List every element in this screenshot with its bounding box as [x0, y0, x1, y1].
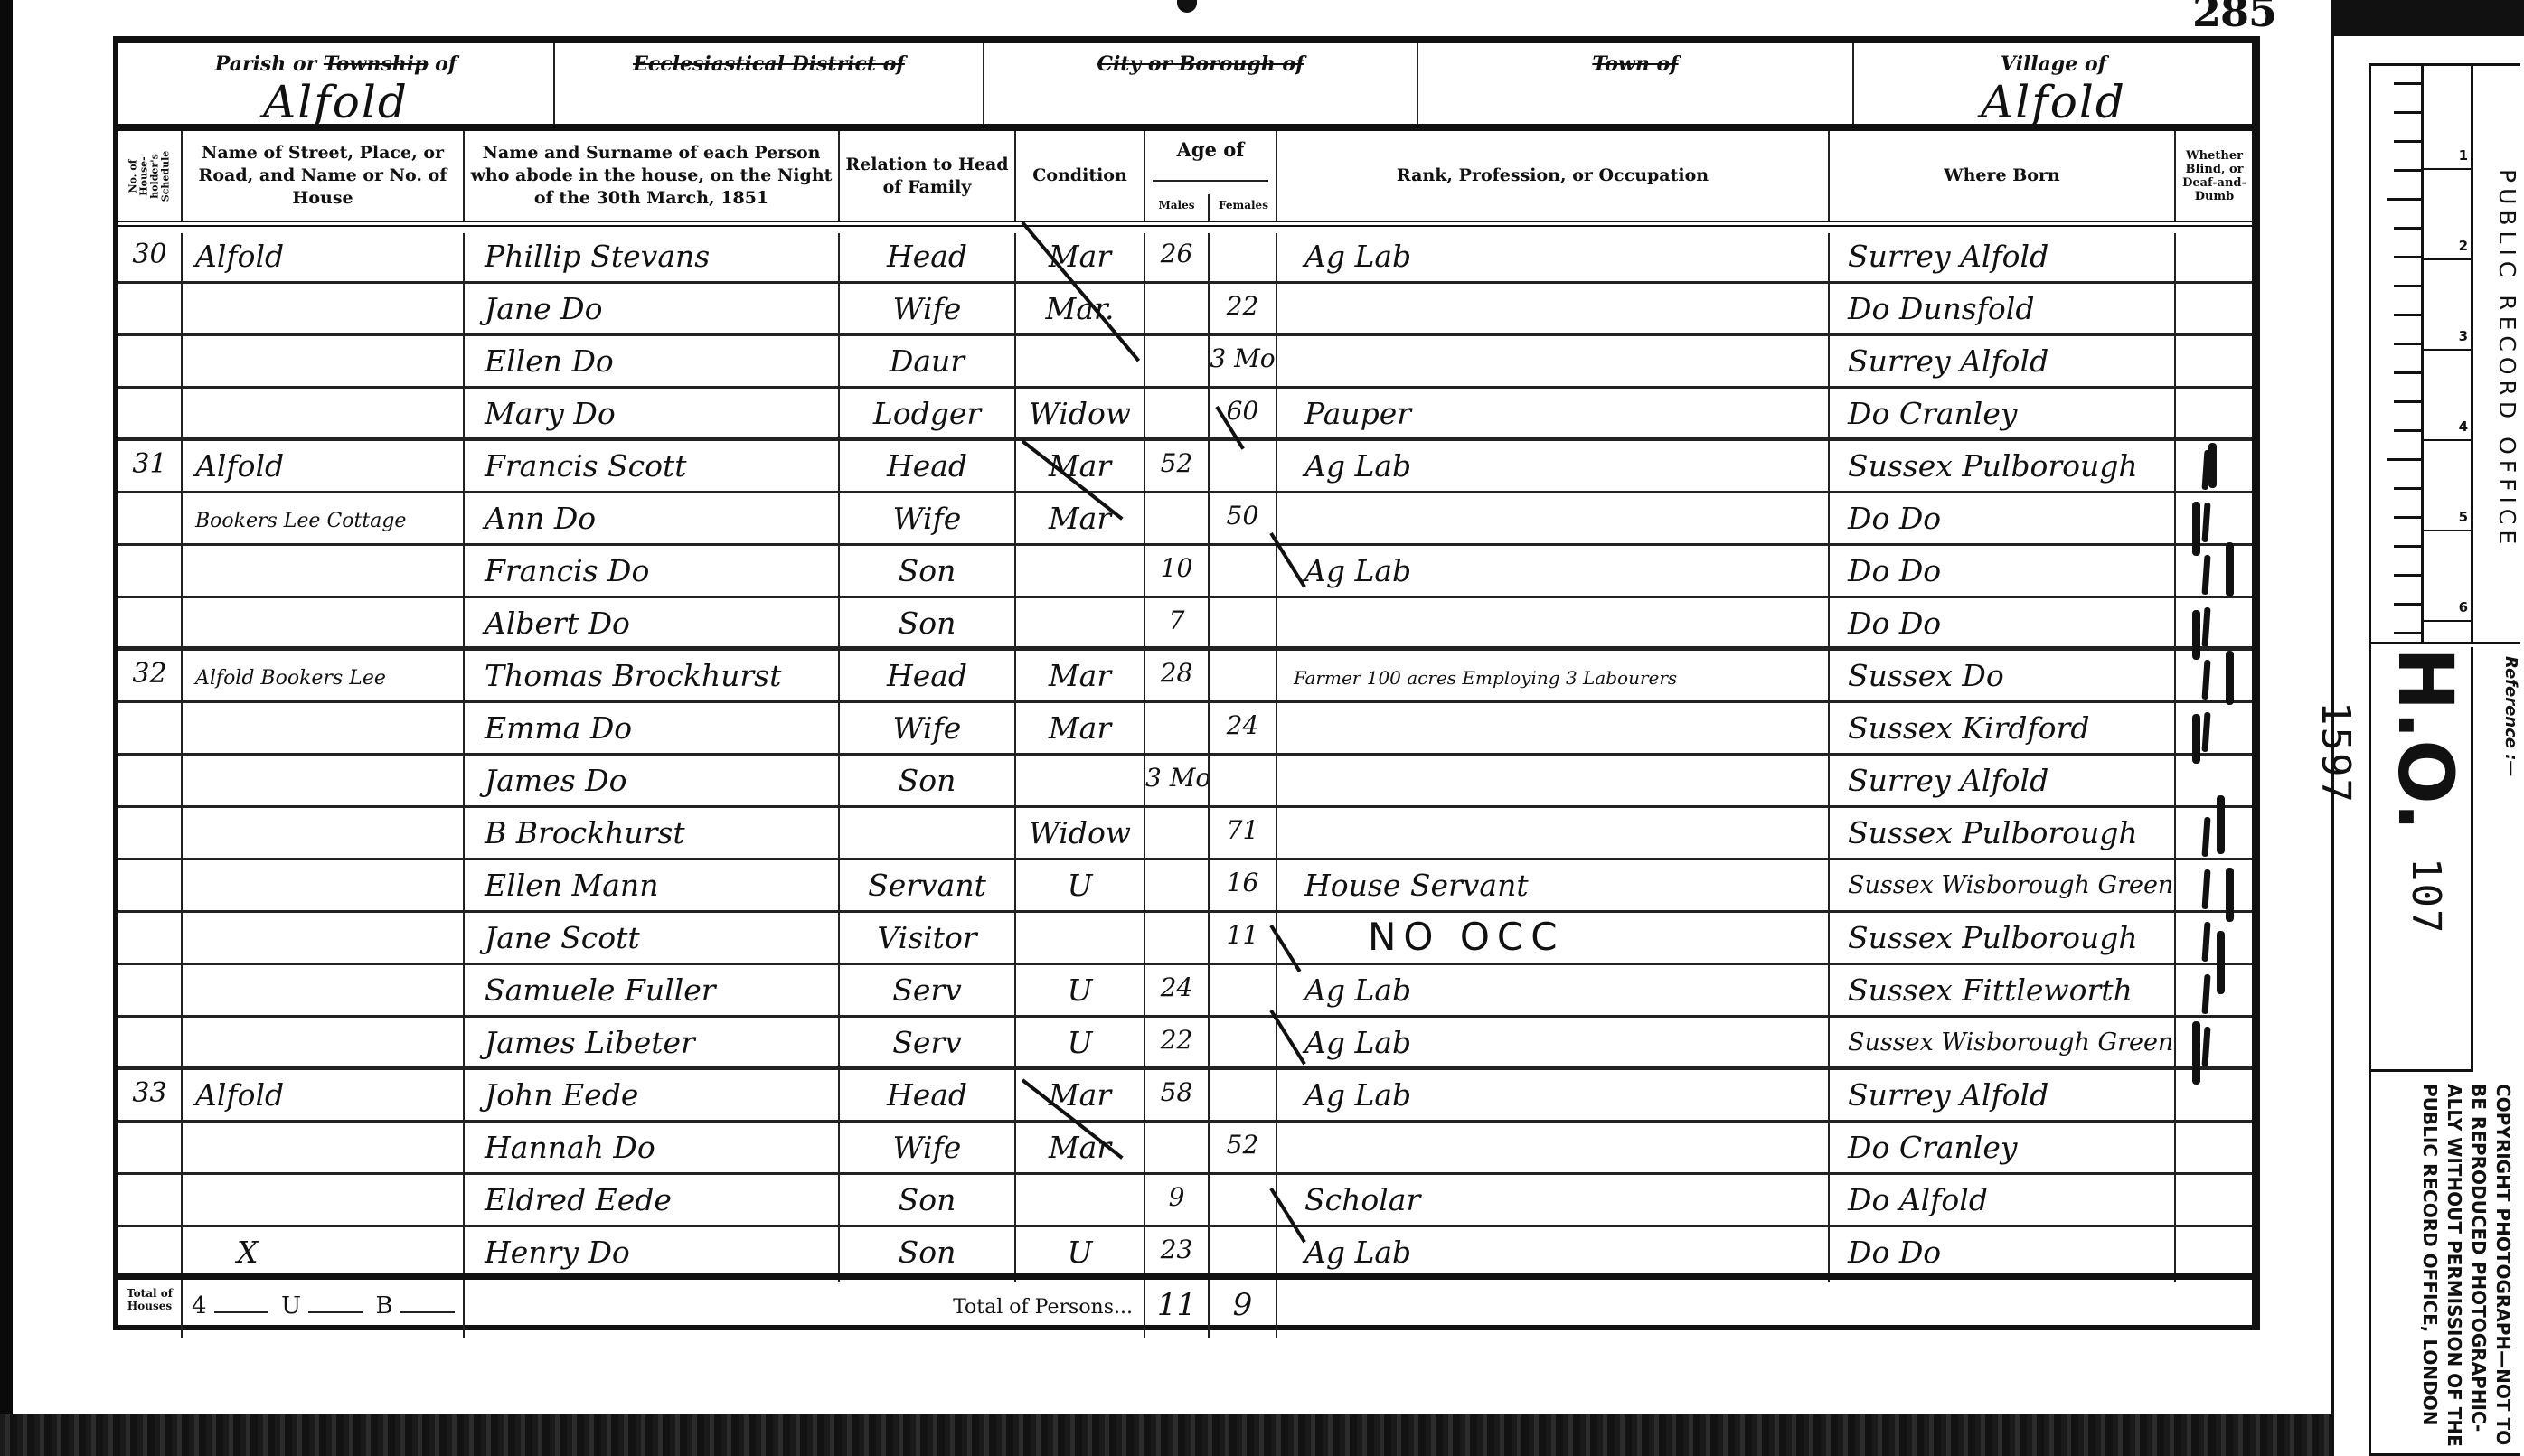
relation: Lodger — [840, 390, 1016, 443]
ruler-tick — [2394, 314, 2421, 316]
table-row: Samuele Fuller Serv U 24 Ag Lab Sussex F… — [118, 967, 2252, 1019]
schedule-no — [118, 862, 183, 915]
column-header-row: No. of House- holder's Schedule Name of … — [118, 131, 2252, 227]
binding-hole — [1177, 0, 1197, 13]
female-age — [1210, 653, 1277, 705]
street — [183, 390, 465, 443]
occupation — [1277, 338, 1830, 390]
street: Alfold — [183, 1072, 465, 1124]
occupation — [1277, 757, 1830, 810]
where-born: Surrey Alfold — [1830, 1072, 2176, 1124]
street — [183, 1019, 465, 1072]
schedule-no — [118, 810, 183, 862]
pro-label-box: 1 2 3 4 5 6 PUBLIC RECORD OFFICE Referen… — [2369, 63, 2520, 1456]
margin-mark — [2192, 714, 2200, 764]
occupation — [1277, 705, 1830, 757]
occupation: Pauper — [1277, 390, 1830, 443]
scan-left-edge — [0, 0, 13, 1456]
female-age: 3 Mo — [1210, 338, 1277, 390]
margin-mark — [2217, 795, 2225, 854]
street — [183, 757, 465, 810]
relation: Head — [840, 653, 1016, 705]
relation: Wife — [840, 286, 1016, 338]
street — [183, 810, 465, 862]
blind-deaf — [2176, 548, 2253, 600]
ruler-tick — [2394, 603, 2421, 606]
schedule-no — [118, 915, 183, 967]
ruler-tick — [2394, 516, 2421, 519]
female-age: 24 — [1210, 705, 1277, 757]
blind-deaf — [2176, 862, 2253, 915]
male-age — [1145, 810, 1210, 862]
female-age — [1210, 757, 1277, 810]
occupation: House Servant — [1277, 862, 1830, 915]
where-born: Sussex Pulborough — [1830, 915, 2176, 967]
female-age — [1210, 600, 1277, 653]
district-header-row: Parish or Township of Alfold Ecclesiasti… — [118, 43, 2252, 131]
condition — [1016, 1177, 1145, 1229]
table-row: Ellen Mann Servant U 16 House Servant Su… — [118, 862, 2252, 915]
ruler-tick — [2394, 227, 2421, 230]
male-age: 9 — [1145, 1177, 1210, 1229]
condition — [1016, 600, 1145, 653]
schedule-no — [118, 600, 183, 653]
blind-deaf — [2176, 390, 2253, 443]
relation: Servant — [840, 862, 1016, 915]
street: Alfold — [183, 443, 465, 495]
female-age: 11 — [1210, 915, 1277, 967]
blind-deaf — [2176, 1019, 2253, 1072]
cm-mark: 2 — [2424, 170, 2473, 260]
female-age: 71 — [1210, 810, 1277, 862]
schedule-no: 32 — [118, 653, 183, 705]
reference-series: H.O. — [2381, 647, 2470, 831]
person-name: Samuele Fuller — [465, 967, 840, 1019]
ruler-tick — [2387, 198, 2421, 201]
census-form: Parish or Township of Alfold Ecclesiasti… — [113, 36, 2260, 1330]
where-born: Surrey Alfold — [1830, 233, 2176, 286]
male-age: 10 — [1145, 548, 1210, 600]
ruler-tick — [2394, 169, 2421, 172]
male-age: 52 — [1145, 443, 1210, 495]
relation: Wife — [840, 705, 1016, 757]
table-row: Ellen Do Daur 3 Mo Surrey Alfold — [118, 338, 2252, 390]
ruler-tick — [2394, 111, 2421, 114]
margin-mark — [2192, 502, 2200, 556]
condition: U — [1016, 967, 1145, 1019]
street: Alfold — [183, 233, 465, 286]
female-age: 16 — [1210, 862, 1277, 915]
condition: Widow — [1016, 810, 1145, 862]
village-cell: Village of Alfold — [1854, 43, 2253, 124]
age-divider — [1153, 180, 1268, 182]
female-age: 60 — [1210, 390, 1277, 443]
blind-deaf — [2176, 1124, 2253, 1177]
check-mark — [2201, 922, 2210, 962]
male-age — [1145, 1124, 1210, 1177]
village-label: Village of — [1854, 52, 2253, 76]
table-row: Albert Do Son 7 Do Do — [118, 600, 2252, 653]
female-age: 52 — [1210, 1124, 1277, 1177]
relation: Visitor — [840, 915, 1016, 967]
check-mark — [2201, 712, 2210, 752]
total-males: 11 — [1145, 1280, 1210, 1338]
city-label: City or Borough of — [984, 52, 1417, 76]
schedule-no — [118, 705, 183, 757]
person-name: James Libeter — [465, 1019, 840, 1072]
street — [183, 338, 465, 390]
where-born: Sussex Wisborough Green — [1830, 862, 2176, 915]
condition: U — [1016, 1019, 1145, 1072]
check-mark — [2201, 974, 2210, 1014]
female-age — [1210, 548, 1277, 600]
city-cell: City or Borough of — [984, 43, 1418, 124]
schedule-no — [118, 390, 183, 443]
totals-row: Total of Houses 4 U B Total of Persons..… — [118, 1273, 2252, 1330]
where-born: Sussex Wisborough Green — [1830, 1019, 2176, 1072]
person-name: B Brockhurst — [465, 810, 840, 862]
street — [183, 1177, 465, 1229]
ruler-tick — [2394, 256, 2421, 258]
street — [183, 600, 465, 653]
ruler-tick — [2394, 371, 2421, 374]
male-age — [1145, 705, 1210, 757]
table-row: James Do Son 3 Mo Surrey Alfold — [118, 757, 2252, 810]
female-age — [1210, 1177, 1277, 1229]
col-females: Females — [1210, 194, 1277, 217]
relation: Head — [840, 443, 1016, 495]
table-row: Hannah Do Wife Mar 52 Do Cranley — [118, 1124, 2252, 1177]
schedule-no — [118, 757, 183, 810]
occupation: Farmer 100 acres Employing 3 Labourers — [1277, 653, 1830, 705]
person-name: Francis Scott — [465, 443, 840, 495]
total-houses-value: 4 — [192, 1292, 207, 1320]
relation: Wife — [840, 1124, 1016, 1177]
female-age — [1210, 443, 1277, 495]
blank-line — [400, 1311, 455, 1313]
margin-mark — [2226, 868, 2234, 922]
table-row: Jane Do Wife Mar. 22 Do Dunsfold — [118, 286, 2252, 338]
col-males: Males — [1145, 194, 1210, 221]
blind-deaf — [2176, 1177, 2253, 1229]
check-mark — [2201, 660, 2210, 700]
relation — [840, 810, 1016, 862]
schedule-no — [118, 1177, 183, 1229]
copyright-notice: COPYRIGHT PHOTOGRAPH—NOT TO BE REPRODUCE… — [2371, 1075, 2520, 1456]
blind-deaf — [2176, 810, 2253, 862]
blank-line — [308, 1311, 363, 1313]
table-row: 33 Alfold John Eede Head Mar 58 Ag Lab S… — [118, 1072, 2252, 1124]
scan-background — [0, 1414, 2332, 1456]
table-row: 31 Alfold Francis Scott Head Mar 52 Ag L… — [118, 443, 2252, 495]
male-age — [1145, 495, 1210, 548]
schedule-no: 31 — [118, 443, 183, 495]
female-age — [1210, 233, 1277, 286]
condition: Widow — [1016, 390, 1145, 443]
occupation — [1277, 810, 1830, 862]
margin-mark — [2192, 610, 2200, 660]
male-age — [1145, 862, 1210, 915]
condition: Mar — [1016, 653, 1145, 705]
person-name: Mary Do — [465, 390, 840, 443]
relation: Daur — [840, 338, 1016, 390]
schedule-no — [118, 495, 183, 548]
ruler-tick — [2394, 343, 2421, 345]
margin-mark — [2208, 443, 2217, 488]
street — [183, 1124, 465, 1177]
condition — [1016, 548, 1145, 600]
blind-deaf — [2176, 495, 2253, 548]
parish-label: Parish or Township of — [118, 52, 553, 76]
ecclesiastical-label: Ecclesiastical District of — [555, 52, 983, 76]
male-age: 24 — [1145, 967, 1210, 1019]
occupation: Ag Lab — [1277, 233, 1830, 286]
street — [183, 286, 465, 338]
age-of-label: Age of — [1145, 138, 1276, 161]
ruler-scale — [2371, 66, 2424, 644]
ruler-tick — [2394, 285, 2421, 287]
where-born: Sussex Kirdford — [1830, 705, 2176, 757]
relation: Head — [840, 1072, 1016, 1124]
total-persons-label: Total of Persons... — [465, 1280, 1145, 1338]
where-born: Do Cranley — [1830, 1124, 2176, 1177]
person-name: Eldred Eede — [465, 1177, 840, 1229]
male-age: 22 — [1145, 1019, 1210, 1072]
male-age — [1145, 286, 1210, 338]
ruler-tick — [2394, 140, 2421, 143]
where-born: Do Do — [1830, 600, 2176, 653]
male-age — [1145, 915, 1210, 967]
person-name: Ellen Mann — [465, 862, 840, 915]
ruler-tick — [2394, 82, 2421, 85]
occupation: Ag Lab — [1277, 1072, 1830, 1124]
page-number: 285 — [2192, 0, 2276, 36]
ruler-tick — [2394, 632, 2421, 634]
male-age — [1145, 338, 1210, 390]
ruler-tick — [2394, 545, 2421, 548]
relation: Wife — [840, 495, 1016, 548]
person-name: Emma Do — [465, 705, 840, 757]
margin-mark — [2226, 542, 2234, 596]
relation: Head — [840, 233, 1016, 286]
male-age: 28 — [1145, 653, 1210, 705]
person-name: Albert Do — [465, 600, 840, 653]
check-mark — [2201, 555, 2210, 595]
table-row: Mary Do Lodger Widow 60 Pauper Do Cranle… — [118, 390, 2252, 443]
ruler-tick — [2394, 400, 2421, 403]
street — [183, 705, 465, 757]
blind-deaf — [2176, 967, 2253, 1019]
building-label: B — [376, 1292, 393, 1320]
occupation: Ag Lab — [1277, 967, 1830, 1019]
relation: Son — [840, 548, 1016, 600]
occupation — [1277, 1124, 1830, 1177]
table-row: Emma Do Wife Mar 24 Sussex Kirdford — [118, 705, 2252, 757]
cm-mark: 1 — [2424, 66, 2473, 170]
condition: Mar — [1016, 1124, 1145, 1177]
cm-mark: 3 — [2424, 260, 2473, 351]
check-mark — [2201, 869, 2210, 909]
schedule-no — [118, 338, 183, 390]
blind-deaf — [2176, 915, 2253, 967]
cm-mark: 5 — [2424, 441, 2473, 531]
schedule-no — [118, 286, 183, 338]
occupation: Scholar — [1277, 1177, 1830, 1229]
col-street: Name of Street, Place, or Road, and Name… — [183, 131, 465, 221]
census-rows: 30 Alfold Phillip Stevans Head Mar 26 Ag… — [118, 233, 2252, 1273]
blind-deaf — [2176, 705, 2253, 757]
col-name: Name and Surname of each Person who abod… — [465, 131, 840, 221]
check-mark — [2201, 1027, 2210, 1066]
relation: Serv — [840, 1019, 1016, 1072]
female-age — [1210, 1019, 1277, 1072]
occupation — [1277, 286, 1830, 338]
condition: Mar — [1016, 495, 1145, 548]
condition — [1016, 915, 1145, 967]
street — [183, 915, 465, 967]
where-born: Sussex Do — [1830, 653, 2176, 705]
person-name: Jane Do — [465, 286, 840, 338]
occupation: Ag Lab — [1277, 443, 1830, 495]
margin-mark — [2217, 931, 2225, 994]
person-name: Thomas Brockhurst — [465, 653, 840, 705]
male-age: 58 — [1145, 1072, 1210, 1124]
relation: Son — [840, 757, 1016, 810]
table-row: 30 Alfold Phillip Stevans Head Mar 26 Ag… — [118, 233, 2252, 286]
where-born: Surrey Alfold — [1830, 757, 2176, 810]
table-row: Bookers Lee Cottage Ann Do Wife Mar 50 D… — [118, 495, 2252, 548]
occupation: NO OCC — [1277, 915, 1830, 967]
female-age: 22 — [1210, 286, 1277, 338]
blind-deaf — [2176, 338, 2253, 390]
female-age — [1210, 1072, 1277, 1124]
ruler-tick — [2394, 487, 2421, 490]
uninhabited-label: U — [281, 1292, 301, 1320]
cm-mark: 6 — [2424, 531, 2473, 622]
person-name: Ann Do — [465, 495, 840, 548]
cm-mark: 4 — [2424, 351, 2473, 441]
pro-reference-label: 1 2 3 4 5 6 PUBLIC RECORD OFFICE Referen… — [2331, 0, 2524, 1456]
schedule-no: 30 — [118, 233, 183, 286]
pro-title: PUBLIC RECORD OFFICE — [2473, 66, 2520, 644]
where-born: Sussex Pulborough — [1830, 443, 2176, 495]
person-name: Francis Do — [465, 548, 840, 600]
condition: Mar — [1016, 1072, 1145, 1124]
street: Alfold Bookers Lee — [183, 653, 465, 705]
col-where-born: Where Born — [1830, 131, 2176, 221]
table-row: Jane Scott Visitor 11 NO OCC Sussex Pulb… — [118, 915, 2252, 967]
condition: U — [1016, 862, 1145, 915]
parish-value: Alfold — [118, 76, 553, 128]
relation: Serv — [840, 967, 1016, 1019]
where-born: Do Do — [1830, 495, 2176, 548]
person-name: Hannah Do — [465, 1124, 840, 1177]
village-value: Alfold — [1854, 76, 2253, 128]
relation: Son — [840, 1177, 1016, 1229]
where-born: Sussex Pulborough — [1830, 810, 2176, 862]
reference-piece: 107 — [2403, 858, 2449, 935]
check-mark — [2201, 503, 2210, 542]
male-age: 3 Mo — [1145, 757, 1210, 810]
schedule-no — [118, 967, 183, 1019]
male-age — [1145, 390, 1210, 443]
margin-mark — [2226, 651, 2234, 705]
schedule-no — [118, 1019, 183, 1072]
street — [183, 548, 465, 600]
relation: Son — [840, 600, 1016, 653]
ecclesiastical-cell: Ecclesiastical District of — [555, 43, 984, 124]
where-born: Do Dunsfold — [1830, 286, 2176, 338]
person-name: Phillip Stevans — [465, 233, 840, 286]
town-label: Town of — [1418, 52, 1852, 76]
male-age: 7 — [1145, 600, 1210, 653]
margin-mark — [2192, 1021, 2200, 1085]
total-houses: 4 U B — [183, 1280, 465, 1338]
schedule-no — [118, 1124, 183, 1177]
schedule-no — [118, 548, 183, 600]
reference-box: H.O. 107 1597 — [2371, 647, 2473, 1072]
street — [183, 967, 465, 1019]
occupation — [1277, 600, 1830, 653]
person-name: Ellen Do — [465, 338, 840, 390]
col-condition: Condition — [1016, 131, 1145, 221]
blind-deaf — [2176, 286, 2253, 338]
col-schedule-no: No. of House- holder's Schedule — [118, 131, 183, 221]
occupation: Ag Lab — [1277, 1019, 1830, 1072]
table-row: James Libeter Serv U 22 Ag Lab Sussex Wi… — [118, 1019, 2252, 1072]
occupation: Ag Lab — [1277, 548, 1830, 600]
where-born: Do Alfold — [1830, 1177, 2176, 1229]
condition — [1016, 757, 1145, 810]
blind-deaf — [2176, 653, 2253, 705]
check-mark — [2201, 607, 2210, 647]
where-born: Sussex Fittleworth — [1830, 967, 2176, 1019]
ruler-inches: 1 2 3 4 5 6 — [2424, 66, 2473, 644]
female-age — [1210, 967, 1277, 1019]
ruler-tick — [2394, 574, 2421, 577]
table-row: Francis Do Son 10 Ag Lab Do Do — [118, 548, 2252, 600]
person-name: Jane Scott — [465, 915, 840, 967]
condition: Mar — [1016, 705, 1145, 757]
col-relation: Relation to Head of Family — [840, 131, 1016, 221]
street: Bookers Lee Cottage — [183, 495, 465, 548]
table-row: B Brockhurst Widow 71 Sussex Pulborough — [118, 810, 2252, 862]
blind-deaf — [2176, 757, 2253, 810]
blank-line — [214, 1311, 268, 1313]
where-born: Surrey Alfold — [1830, 338, 2176, 390]
blind-deaf — [2176, 233, 2253, 286]
total-females: 9 — [1210, 1280, 1277, 1338]
blind-deaf — [2176, 1072, 2253, 1124]
total-houses-label: Total of Houses — [118, 1280, 183, 1338]
check-mark — [2201, 817, 2210, 857]
ruler-tick — [2394, 429, 2421, 432]
where-born: Do Cranley — [1830, 390, 2176, 443]
reference-label: Reference :— — [2473, 647, 2520, 783]
male-age: 26 — [1145, 233, 1210, 286]
col-blind-deaf: Whether Blind, or Deaf-and-Dumb — [2176, 131, 2253, 221]
reference-folio: 1597 — [2312, 701, 2359, 804]
col-age: Age of Males Females — [1145, 131, 1277, 221]
street — [183, 862, 465, 915]
table-row: Eldred Eede Son 9 Scholar Do Alfold — [118, 1177, 2252, 1229]
female-age: 50 — [1210, 495, 1277, 548]
occupation — [1277, 495, 1830, 548]
schedule-no: 33 — [118, 1072, 183, 1124]
ruler-tick — [2387, 458, 2421, 461]
where-born: Do Do — [1830, 548, 2176, 600]
person-name: John Eede — [465, 1072, 840, 1124]
